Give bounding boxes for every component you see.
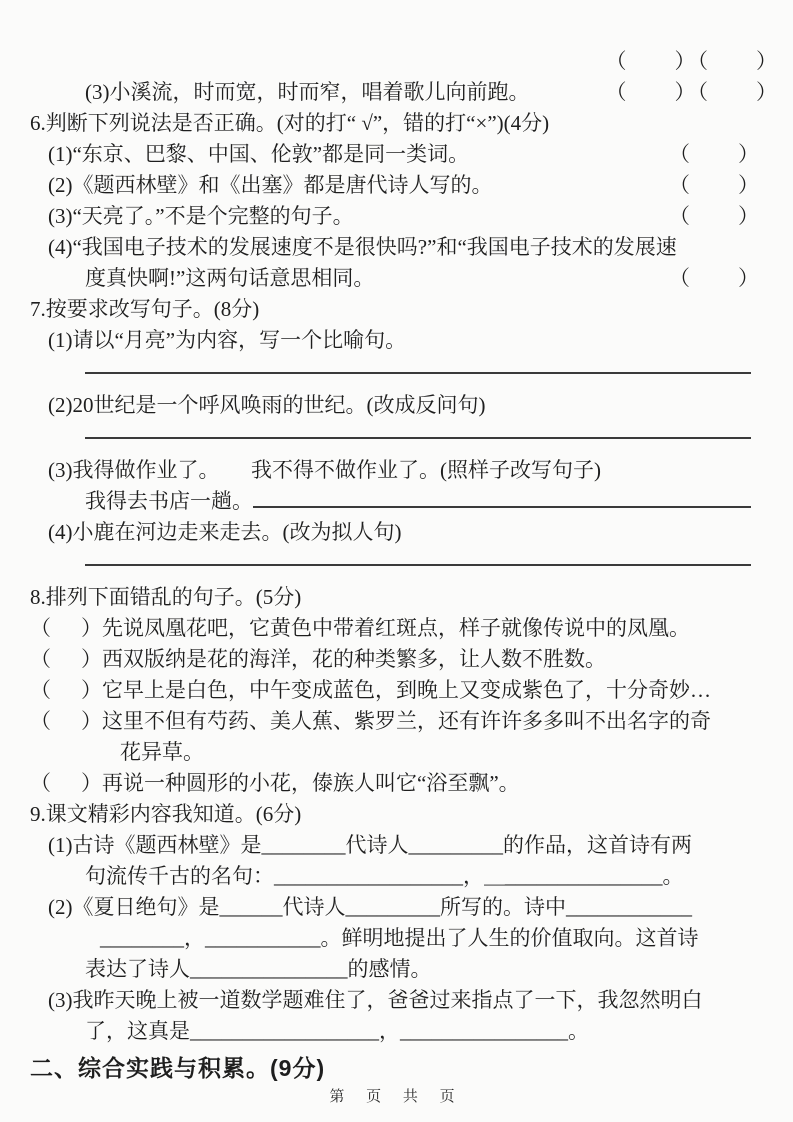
answer-line bbox=[85, 564, 751, 566]
q9-item-2-line2: ________，___________。鲜明地提出了人生的价值取向。这首诗 bbox=[100, 923, 779, 954]
order-bracket: （） bbox=[30, 675, 102, 706]
order-bracket: （） bbox=[30, 768, 102, 799]
q7-item-3-example: 我得去书店一趟。 bbox=[85, 486, 253, 517]
order-bracket: （） bbox=[30, 706, 102, 737]
exam-page: （ ）（ ） (3)小溪流，时而宽，时而窄，唱着歌儿向前跑。 （ ）（ ） 6.… bbox=[0, 0, 793, 1122]
answer-line bbox=[85, 437, 751, 439]
q7-item-2: (2)20世纪是一个呼风唤雨的世纪。(改成反问句) bbox=[48, 390, 779, 421]
q8-item-1: （） 先说凤凰花吧，它黄色中带着红斑点，样子就像传说中的凤凰。 bbox=[30, 613, 779, 644]
answer-line bbox=[85, 372, 751, 374]
q6-item-3-text: (3)“天亮了。”不是个完整的句子。 bbox=[48, 201, 354, 232]
q7-title: 7.按要求改写句子。(8分) bbox=[30, 294, 779, 325]
answer-bracket: （ ） bbox=[669, 263, 761, 294]
q9-item-1-line1: (1)古诗《题西林壁》是________代诗人_________的作品，这首诗有… bbox=[48, 830, 779, 861]
order-bracket: （） bbox=[30, 644, 102, 675]
q7-item-1: (1)请以“月亮”为内容，写一个比喻句。 bbox=[48, 325, 779, 356]
q7-item-4: (4)小鹿在河边走来走去。(改为拟人句) bbox=[48, 517, 779, 548]
q9-item-3-line1: (3)我昨天晚上被一道数学题难住了，爸爸过来指点了一下，我忽然明白 bbox=[48, 985, 779, 1016]
answer-line bbox=[253, 492, 751, 508]
q8-item-1-text: 先说凤凰花吧，它黄色中带着红斑点，样子就像传说中的凤凰。 bbox=[102, 613, 690, 644]
q6-item-4-line2: 度真快啊!”这两句话意思相同。 （ ） bbox=[30, 263, 779, 294]
q9-item-1-line2: 句流传千古的名句：__________________，＿___________… bbox=[85, 861, 779, 892]
q8-item-5: （） 再说一种圆形的小花，傣族人叫它“浴至飘”。 bbox=[30, 768, 779, 799]
q6-item-2: (2)《题西林壁》和《出塞》都是唐代诗人写的。 （ ） bbox=[30, 170, 779, 201]
q6-item-3: (3)“天亮了。”不是个完整的句子。 （ ） bbox=[30, 201, 779, 232]
q8-item-3: （） 它早上是白色，中午变成蓝色，到晚上又变成紫色了，十分奇妙… bbox=[30, 675, 779, 706]
page-footer: 第 页 共 页 bbox=[0, 1085, 793, 1106]
answer-brackets: （ ）（ ） bbox=[606, 77, 780, 108]
q7-item-3-line1: (3)我得做作业了。 我不得不做作业了。(照样子改写句子) bbox=[48, 455, 779, 486]
q6-item-1-text: (1)“东京、巴黎、中国、伦敦”都是同一类词。 bbox=[48, 139, 469, 170]
q8-item-4-text: 这里不但有芍药、美人蕉、紫罗兰，还有许许多多叫不出名字的奇 bbox=[102, 706, 711, 737]
q8-item-4: （） 这里不但有芍药、美人蕉、紫罗兰，还有许许多多叫不出名字的奇 bbox=[30, 706, 779, 737]
q6-title: 6.判断下列说法是否正确。(对的打“ √”，错的打“×”)(4分) bbox=[30, 108, 779, 139]
q6-item-4-line1: (4)“我国电子技术的发展速度不是很快吗?”和“我国电子技术的发展速 bbox=[48, 232, 779, 263]
order-bracket: （） bbox=[30, 613, 102, 644]
q7-item-3-line2: 我得去书店一趟。 bbox=[30, 486, 779, 517]
section-2-heading: 二、综合实践与积累。(9分) bbox=[30, 1053, 779, 1084]
answer-bracket: （ ） bbox=[669, 201, 761, 232]
answer-brackets: （ ）（ ） bbox=[606, 46, 780, 77]
answer-bracket: （ ） bbox=[669, 139, 761, 170]
q8-title: 8.排列下面错乱的句子。(5分) bbox=[30, 582, 779, 613]
answer-bracket: （ ） bbox=[669, 170, 761, 201]
q9-item-3-line2: 了，这真是__________________，________________… bbox=[85, 1016, 779, 1047]
q5-brackets-row: （ ）（ ） bbox=[30, 46, 779, 77]
q6-item-1: (1)“东京、巴黎、中国、伦敦”都是同一类词。 （ ） bbox=[30, 139, 779, 170]
q8-item-2: （） 西双版纳是花的海洋，花的种类繁多，让人数不胜数。 bbox=[30, 644, 779, 675]
q9-item-2-line1: (2)《夏日绝句》是______代诗人_________所写的。诗中______… bbox=[48, 892, 779, 923]
q6-item-2-text: (2)《题西林壁》和《出塞》都是唐代诗人写的。 bbox=[48, 170, 493, 201]
q8-item-2-text: 西双版纳是花的海洋，花的种类繁多，让人数不胜数。 bbox=[102, 644, 606, 675]
q9-title: 9.课文精彩内容我知道。(6分) bbox=[30, 799, 779, 830]
q5-item-3-text: (3)小溪流，时而宽，时而窄，唱着歌儿向前跑。 bbox=[85, 77, 530, 108]
q9-item-2-line3: 表达了诗人_______________的感情。 bbox=[85, 954, 779, 985]
q8-item-4-line2: 花异草。 bbox=[120, 737, 779, 768]
q8-item-3-text: 它早上是白色，中午变成蓝色，到晚上又变成紫色了，十分奇妙… bbox=[102, 675, 711, 706]
q6-item-4-text: 度真快啊!”这两句话意思相同。 bbox=[85, 263, 374, 294]
q5-item-3: (3)小溪流，时而宽，时而窄，唱着歌儿向前跑。 （ ）（ ） bbox=[30, 77, 779, 108]
q8-item-5-text: 再说一种圆形的小花，傣族人叫它“浴至飘”。 bbox=[102, 768, 520, 799]
